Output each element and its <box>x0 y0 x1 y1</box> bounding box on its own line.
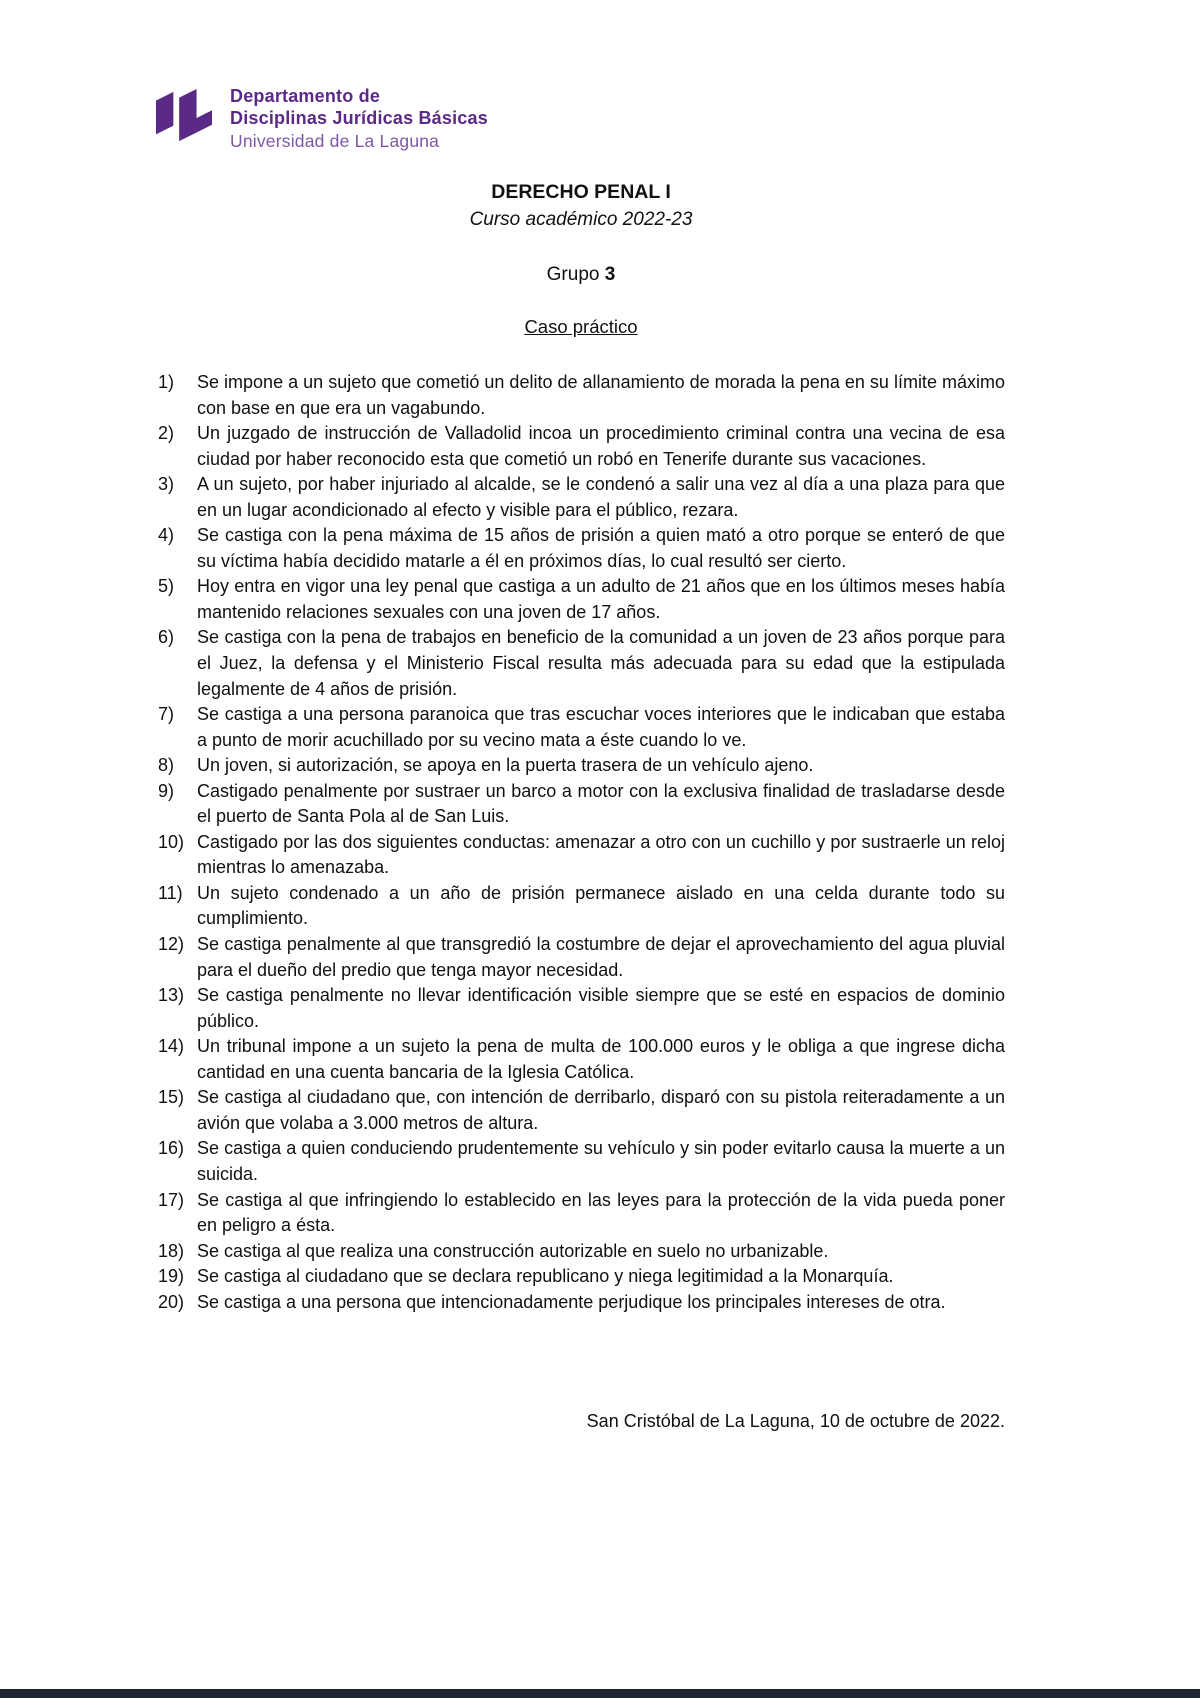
case-number: 19) <box>158 1264 184 1290</box>
bottom-edge-bar <box>0 1689 1200 1698</box>
case-number: 11) <box>158 881 183 907</box>
logo-text-block: Departamento de Disciplinas Jurídicas Bá… <box>230 86 488 152</box>
case-number: 9) <box>158 779 174 805</box>
document-header: Departamento de Disciplinas Jurídicas Bá… <box>155 86 488 152</box>
case-item: 17)Se castiga al que infringiendo lo est… <box>157 1188 1005 1239</box>
logo-department-line2: Disciplinas Jurídicas Básicas <box>230 108 488 130</box>
case-text: Un joven, si autorización, se apoya en l… <box>197 755 813 775</box>
section-heading-wrap: Caso práctico <box>157 316 1005 338</box>
case-number: 16) <box>158 1136 184 1162</box>
case-item: 16)Se castiga a quien conduciendo pruden… <box>157 1136 1005 1187</box>
case-number: 12) <box>158 932 184 958</box>
case-item: 7)Se castiga a una persona paranoica que… <box>157 702 1005 753</box>
case-text: Se castiga al que realiza una construcci… <box>197 1241 828 1261</box>
case-text: Se castiga penalmente al que transgredió… <box>197 934 1005 980</box>
case-item: 8)Un joven, si autorización, se apoya en… <box>157 753 1005 779</box>
case-number: 2) <box>158 421 174 447</box>
case-number: 14) <box>158 1034 184 1060</box>
case-number: 3) <box>158 472 174 498</box>
case-number: 15) <box>158 1085 184 1111</box>
case-item: 20)Se castiga a una persona que intencio… <box>157 1290 1005 1316</box>
case-item: 19)Se castiga al ciudadano que se declar… <box>157 1264 1005 1290</box>
case-number: 7) <box>158 702 174 728</box>
case-number: 8) <box>158 753 174 779</box>
case-item: 10)Castigado por las dos siguientes cond… <box>157 830 1005 881</box>
case-item: 15)Se castiga al ciudadano que, con inte… <box>157 1085 1005 1136</box>
case-text: Se castiga al ciudadano que, con intenci… <box>197 1087 1005 1133</box>
case-text: Se impone a un sujeto que cometió un del… <box>197 372 1005 418</box>
case-number: 5) <box>158 574 174 600</box>
case-number: 18) <box>158 1239 184 1265</box>
case-number: 1) <box>158 370 174 396</box>
case-text: Un juzgado de instrucción de Valladolid … <box>197 423 1005 469</box>
case-item: 4)Se castiga con la pena máxima de 15 añ… <box>157 523 1005 574</box>
case-item: 18)Se castiga al que realiza una constru… <box>157 1239 1005 1265</box>
case-item: 14)Un tribunal impone a un sujeto la pen… <box>157 1034 1005 1085</box>
case-number: 6) <box>158 625 174 651</box>
case-number: 17) <box>158 1188 184 1214</box>
case-item: 3)A un sujeto, por haber injuriado al al… <box>157 472 1005 523</box>
logo-university-name: Universidad de La Laguna <box>230 130 488 152</box>
case-number: 13) <box>158 983 184 1009</box>
case-text: Castigado penalmente por sustraer un bar… <box>197 781 1005 827</box>
case-item: 9)Castigado penalmente por sustraer un b… <box>157 779 1005 830</box>
case-text: Se castiga a una persona que intencionad… <box>197 1292 946 1312</box>
case-item: 5)Hoy entra en vigor una ley penal que c… <box>157 574 1005 625</box>
document-title: DERECHO PENAL I <box>157 180 1005 204</box>
case-item: 11)Un sujeto condenado a un año de prisi… <box>157 881 1005 932</box>
document-body: DERECHO PENAL I Curso académico 2022-23 … <box>157 180 1005 1432</box>
case-item: 6)Se castiga con la pena de trabajos en … <box>157 625 1005 702</box>
section-heading: Caso práctico <box>524 316 637 337</box>
case-list: 1)Se impone a un sujeto que cometió un d… <box>157 370 1005 1315</box>
university-logo-icon <box>155 88 213 146</box>
logo-department-line1: Departamento de <box>230 86 488 108</box>
case-text: Se castiga con la pena máxima de 15 años… <box>197 525 1005 571</box>
case-item: 12)Se castiga penalmente al que transgre… <box>157 932 1005 983</box>
case-text: Se castiga a una persona paranoica que t… <box>197 704 1005 750</box>
case-text: A un sujeto, por haber injuriado al alca… <box>197 474 1005 520</box>
case-text: Se castiga penalmente no llevar identifi… <box>197 985 1005 1031</box>
case-text: Castigado por las dos siguientes conduct… <box>197 832 1005 878</box>
case-number: 20) <box>158 1290 184 1316</box>
case-text: Se castiga a quien conduciendo prudentem… <box>197 1138 1005 1184</box>
case-text: Un tribunal impone a un sujeto la pena d… <box>197 1036 1005 1082</box>
case-text: Se castiga al que infringiendo lo establ… <box>197 1190 1005 1236</box>
dateline: San Cristóbal de La Laguna, 10 de octubr… <box>157 1411 1005 1432</box>
case-text: Se castiga al ciudadano que se declara r… <box>197 1266 893 1286</box>
case-item: 1)Se impone a un sujeto que cometió un d… <box>157 370 1005 421</box>
case-number: 4) <box>158 523 174 549</box>
case-item: 2)Un juzgado de instrucción de Valladoli… <box>157 421 1005 472</box>
case-number: 10) <box>158 830 184 856</box>
group-line: Grupo 3 <box>157 264 1005 286</box>
case-text: Un sujeto condenado a un año de prisión … <box>197 883 1005 929</box>
case-text: Hoy entra en vigor una ley penal que cas… <box>197 576 1005 622</box>
case-item: 13)Se castiga penalmente no llevar ident… <box>157 983 1005 1034</box>
document-subtitle: Curso académico 2022-23 <box>157 208 1005 232</box>
group-number: 3 <box>605 264 616 285</box>
group-label: Grupo <box>547 264 605 285</box>
case-text: Se castiga con la pena de trabajos en be… <box>197 627 1005 698</box>
